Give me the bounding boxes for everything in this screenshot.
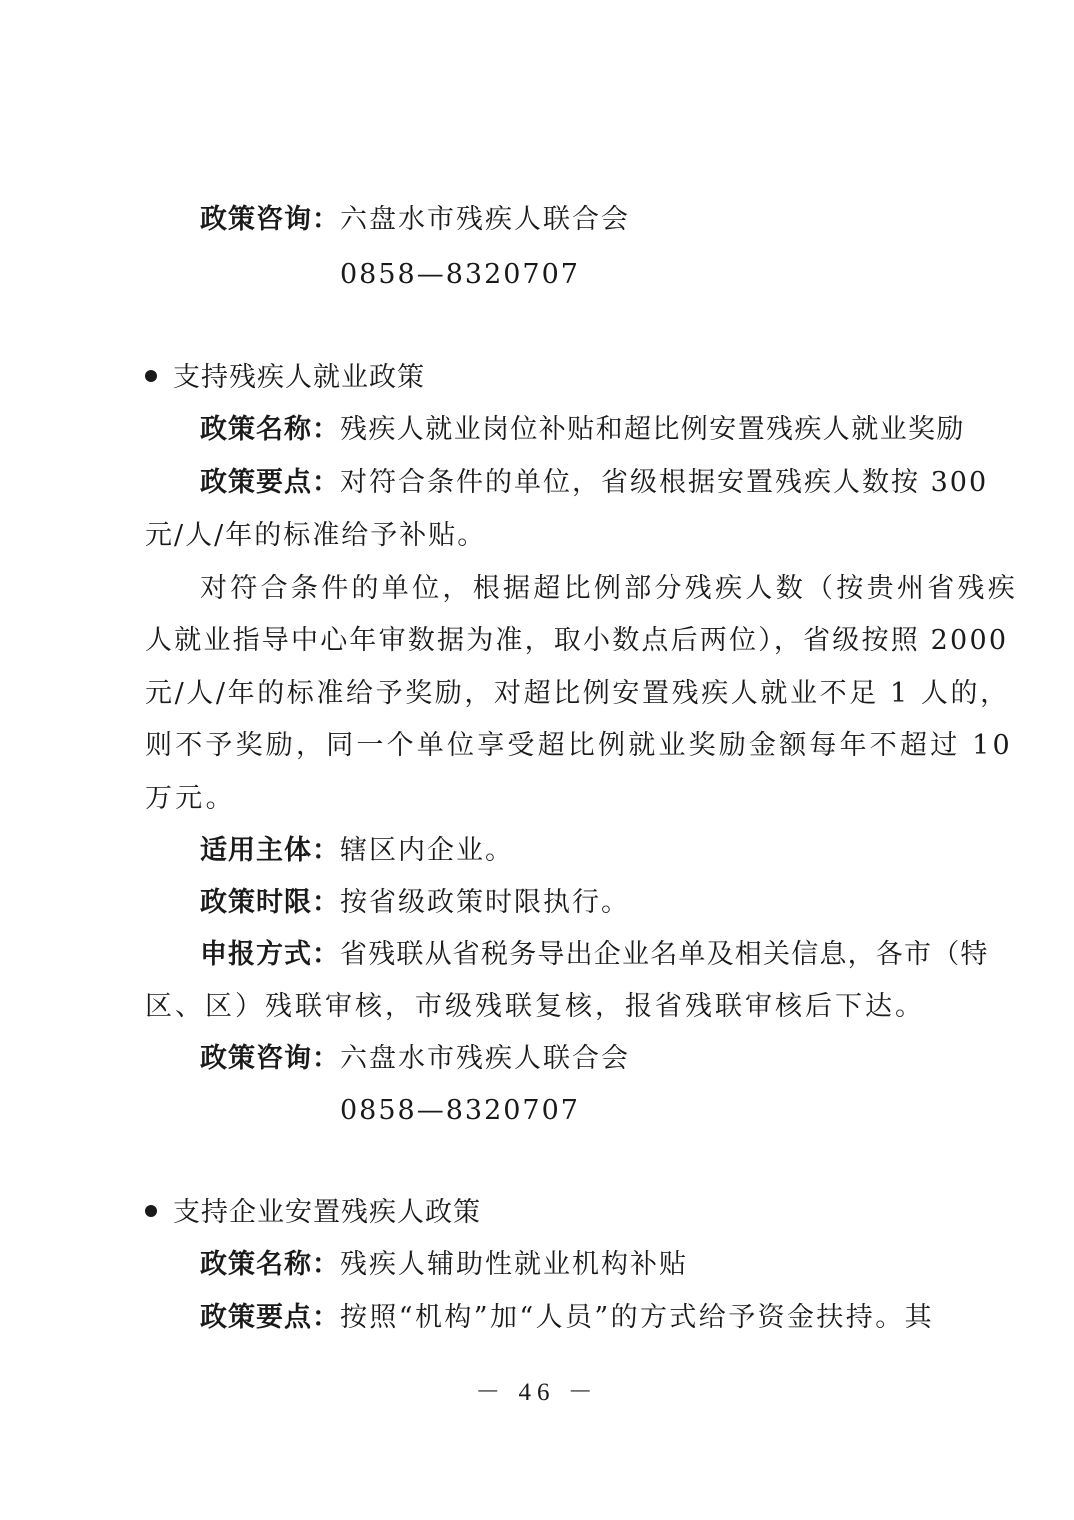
paragraph-line: 对符合条件的单位，根据超比例部分残疾人数（按贵州省残疾 [200, 569, 1018, 609]
applicable-subject-label: 适用主体： [200, 835, 340, 866]
application-method-continued: 区、区）残联审核，市级残联复核，报省残联审核后下达。 [145, 987, 925, 1027]
consult-row: 政策咨询：六盘水市残疾人联合会 [200, 1039, 630, 1079]
paragraph-line: 人就业指导中心年审数据为准，取小数点后两位），省级按照 2000 [145, 621, 1008, 661]
application-method-label: 申报方式： [200, 939, 340, 970]
section-heading: 支持企业安置残疾人政策 [145, 1193, 481, 1233]
application-method-row: 申报方式：省残联从省税务导出企业名单及相关信息，各市（特 [200, 935, 989, 975]
consult-phone: 0858—8320707 [340, 255, 580, 295]
policy-points-label: 政策要点： [200, 467, 340, 498]
policy-points-label: 政策要点： [200, 1302, 340, 1333]
consult-row: 政策咨询：六盘水市残疾人联合会 [200, 200, 630, 240]
policy-points-row: 政策要点：按照“机构”加“人员”的方式给予资金扶持。其 [200, 1298, 934, 1338]
policy-name-row: 政策名称：残疾人就业岗位补贴和超比例安置残疾人就业奖励 [200, 410, 965, 450]
paragraph-line: 元/人/年的标准给予奖励，对超比例安置残疾人就业不足 1 人的， [145, 674, 1010, 714]
section-heading-text: 支持企业安置残疾人政策 [173, 1197, 481, 1228]
policy-points-row: 政策要点：对符合条件的单位，省级根据安置残疾人数按 300 [200, 463, 988, 503]
phone-number: 0858—8320707 [340, 259, 580, 290]
policy-name-row: 政策名称：残疾人辅助性就业机构补贴 [200, 1245, 688, 1285]
consult-value: 六盘水市残疾人联合会 [340, 1043, 630, 1074]
policy-points-text: 对符合条件的单位，省级根据安置残疾人数按 300 [340, 467, 988, 498]
policy-name-label: 政策名称： [200, 414, 340, 445]
page-number: － 46 － [0, 1372, 1074, 1408]
policy-period-value: 按省级政策时限执行。 [340, 887, 630, 918]
bullet-icon [145, 1205, 157, 1217]
policy-period-row: 政策时限：按省级政策时限执行。 [200, 883, 630, 923]
paragraph-line: 则不予奖励，同一个单位享受超比例就业奖励金额每年不超过 10 [145, 726, 1013, 766]
policy-name-value: 残疾人就业岗位补贴和超比例安置残疾人就业奖励 [340, 414, 965, 445]
application-method-text: 省残联从省税务导出企业名单及相关信息，各市（特 [340, 939, 989, 970]
consult-phone: 0858—8320707 [340, 1091, 580, 1131]
policy-name-label: 政策名称： [200, 1249, 340, 1280]
policy-period-label: 政策时限： [200, 887, 340, 918]
phone-number: 0858—8320707 [340, 1095, 580, 1126]
policy-points-continued: 元/人/年的标准给予补贴。 [145, 516, 486, 556]
policy-name-value: 残疾人辅助性就业机构补贴 [340, 1249, 688, 1280]
consult-label: 政策咨询： [200, 1043, 340, 1074]
paragraph-line: 万元。 [145, 779, 236, 819]
applicable-subject-value: 辖区内企业。 [340, 835, 514, 866]
consult-value: 六盘水市残疾人联合会 [340, 204, 630, 235]
applicable-subject-row: 适用主体：辖区内企业。 [200, 831, 514, 871]
policy-points-text: 按照“机构”加“人员”的方式给予资金扶持。其 [340, 1302, 934, 1333]
consult-label: 政策咨询： [200, 204, 340, 235]
application-method-text: 区、区）残联审核，市级残联复核，报省残联审核后下达。 [145, 991, 925, 1022]
bullet-icon [145, 370, 157, 382]
section-heading: 支持残疾人就业政策 [145, 358, 425, 398]
policy-points-text: 元/人/年的标准给予补贴。 [145, 520, 486, 551]
section-heading-text: 支持残疾人就业政策 [173, 362, 425, 393]
